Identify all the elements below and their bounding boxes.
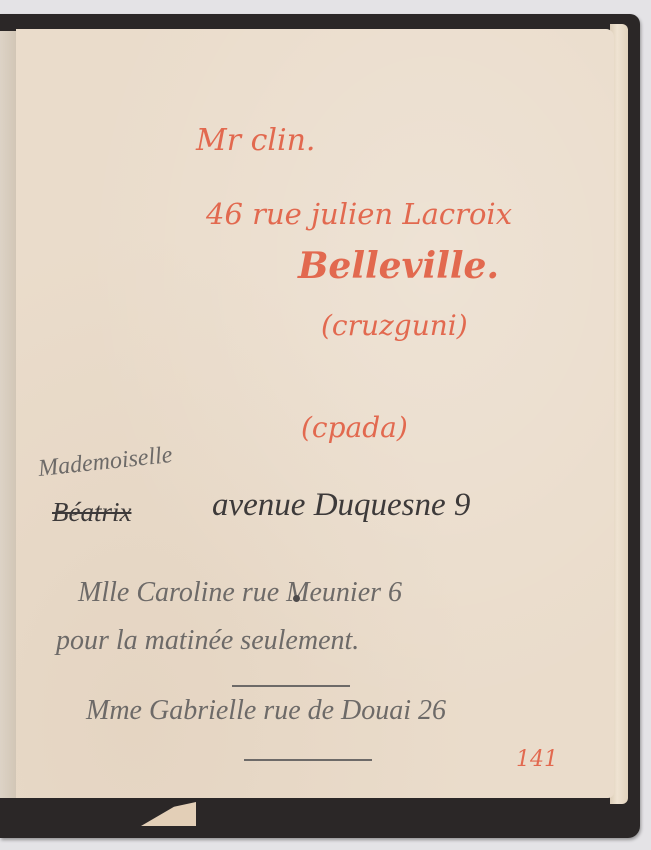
page-number: 141 bbox=[516, 747, 558, 772]
entry-note-red-1: (cruzguni) bbox=[321, 309, 468, 342]
entry-address-line2: Belleville. bbox=[298, 245, 499, 287]
entry-2-title: Mlle bbox=[78, 577, 129, 608]
entry-2-address: rue Meunier 6 bbox=[242, 577, 402, 608]
entry-note-red-2: (cpada) bbox=[301, 411, 408, 444]
entry-3-address: rue de Douai 26 bbox=[263, 695, 446, 726]
entry-1-name: Béatrix bbox=[52, 497, 131, 528]
pin-hole bbox=[293, 595, 300, 602]
entry-3-name: Gabrielle bbox=[149, 695, 256, 726]
entry-2-name: Caroline bbox=[136, 577, 235, 608]
entry-name-red: Mr clin. bbox=[196, 123, 315, 158]
left-page-edge bbox=[0, 31, 17, 798]
entry-2-note: pour la matinée seulement. bbox=[56, 625, 359, 657]
entry-1-address: avenue Duquesne 9 bbox=[212, 487, 470, 524]
divider-1 bbox=[232, 685, 350, 687]
entry-1-title: Mademoiselle bbox=[37, 442, 174, 483]
entry-address-line1: 46 rue julien Lacroix bbox=[206, 197, 512, 231]
divider-2 bbox=[244, 759, 372, 761]
entry-3-title: Mme bbox=[86, 695, 142, 726]
notebook-page: Mr clin. 46 rue julien Lacroix Bellevill… bbox=[16, 29, 614, 798]
